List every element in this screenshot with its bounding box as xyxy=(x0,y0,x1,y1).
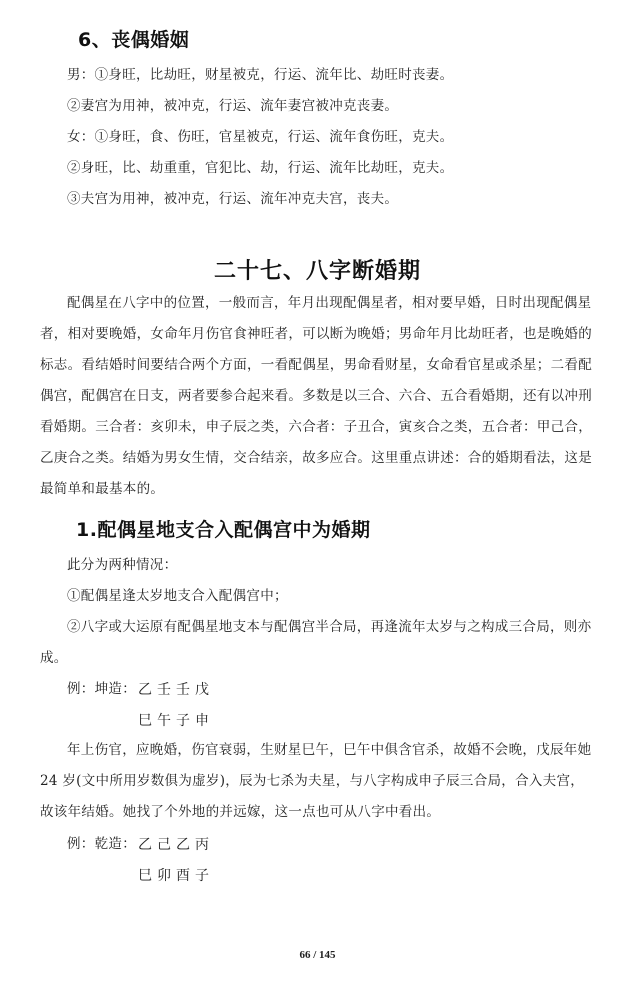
paragraph-line: ②八字或大运原有配偶星地支本与配偶宫半合局，再逢流年太岁与之构成三合局，则亦 xyxy=(67,618,591,636)
paragraph-line: 成。 xyxy=(40,649,68,667)
paragraph-line: 年上伤官，应晚婚，伤官衰弱，生财星巳午，巳午中俱含官杀，故婚不会晚，戊辰年她 xyxy=(67,741,591,759)
paragraph-line: ②妻宫为用神，被冲克，行运、流年妻宫被冲克丧妻。 xyxy=(67,97,398,115)
paragraph-line: 乙庚合之类。结婚为男女生情，交合结亲，故多应合。这里重点讲述：合的婚期看法，这是 xyxy=(40,449,592,467)
bazi-stems: 乙壬壬戊 xyxy=(138,679,214,699)
example-label: 例：坤造： xyxy=(67,680,136,698)
bazi-branches: 巳午子申 xyxy=(138,710,214,730)
paragraph-line: 故该年结婚。她找了个外地的并远嫁，这一点也可从八字中看出。 xyxy=(40,803,440,821)
document-page: 6、丧偶婚姻 男：①身旺，比劫旺，财星被克，行运、流年比、劫旺时丧妻。 ②妻宫为… xyxy=(0,0,635,992)
paragraph-line: 24 岁(文中所用岁数俱为虚岁)，辰为七杀为夫星，与八字构成申子辰三合局，合入夫… xyxy=(40,772,584,790)
paragraph-line: ②身旺，比、劫重重，官犯比、劫，行运、流年比劫旺，克夫。 xyxy=(67,159,453,177)
section-heading-6: 6、丧偶婚姻 xyxy=(78,25,189,52)
paragraph-line: 此分为两种情况： xyxy=(67,556,177,574)
example-label: 例：乾造： xyxy=(67,835,136,853)
bazi-branches: 巳卯酉子 xyxy=(138,865,214,885)
paragraph-line: 偶宫，配偶宫在日支，两者要参合起来看。多数是以三合、六合、五合看婚期，还有以冲刑 xyxy=(40,387,592,405)
chapter-heading-27: 二十七、八字断婚期 xyxy=(0,254,635,285)
bazi-stems: 乙己乙丙 xyxy=(138,834,214,854)
paragraph-line: 标志。看结婚时间要结合两个方面，一看配偶星，男命看财星，女命看官星或杀星；二看配 xyxy=(40,356,592,374)
paragraph-line: 配偶星在八字中的位置，一般而言，年月出现配偶星者，相对要早婚，日时出现配偶星 xyxy=(67,294,591,312)
paragraph-line: ③夫宫为用神，被冲克，行运、流年冲克夫宫，丧夫。 xyxy=(67,190,398,208)
paragraph-line: ①配偶星逢太岁地支合入配偶宫中； xyxy=(67,587,288,605)
paragraph-line: 男：①身旺，比劫旺，财星被克，行运、流年比、劫旺时丧妻。 xyxy=(67,66,453,84)
paragraph-line: 者，相对要晚婚，女命年月伤官食神旺者，可以断为晚婚；男命年月比劫旺者，也是晚婚的 xyxy=(40,325,592,343)
page-number: 66 / 145 xyxy=(0,949,635,961)
paragraph-line: 女：①身旺，食、伤旺，官星被克，行运、流年食伤旺，克夫。 xyxy=(67,128,453,146)
paragraph-line: 看婚期。三合者：亥卯未，申子辰之类，六合者：子丑合，寅亥合之类，五合者：甲己合， xyxy=(40,418,592,436)
subsection-heading-1: 1.配偶星地支合入配偶宫中为婚期 xyxy=(76,515,370,542)
paragraph-line: 最简单和最基本的。 xyxy=(40,480,164,498)
